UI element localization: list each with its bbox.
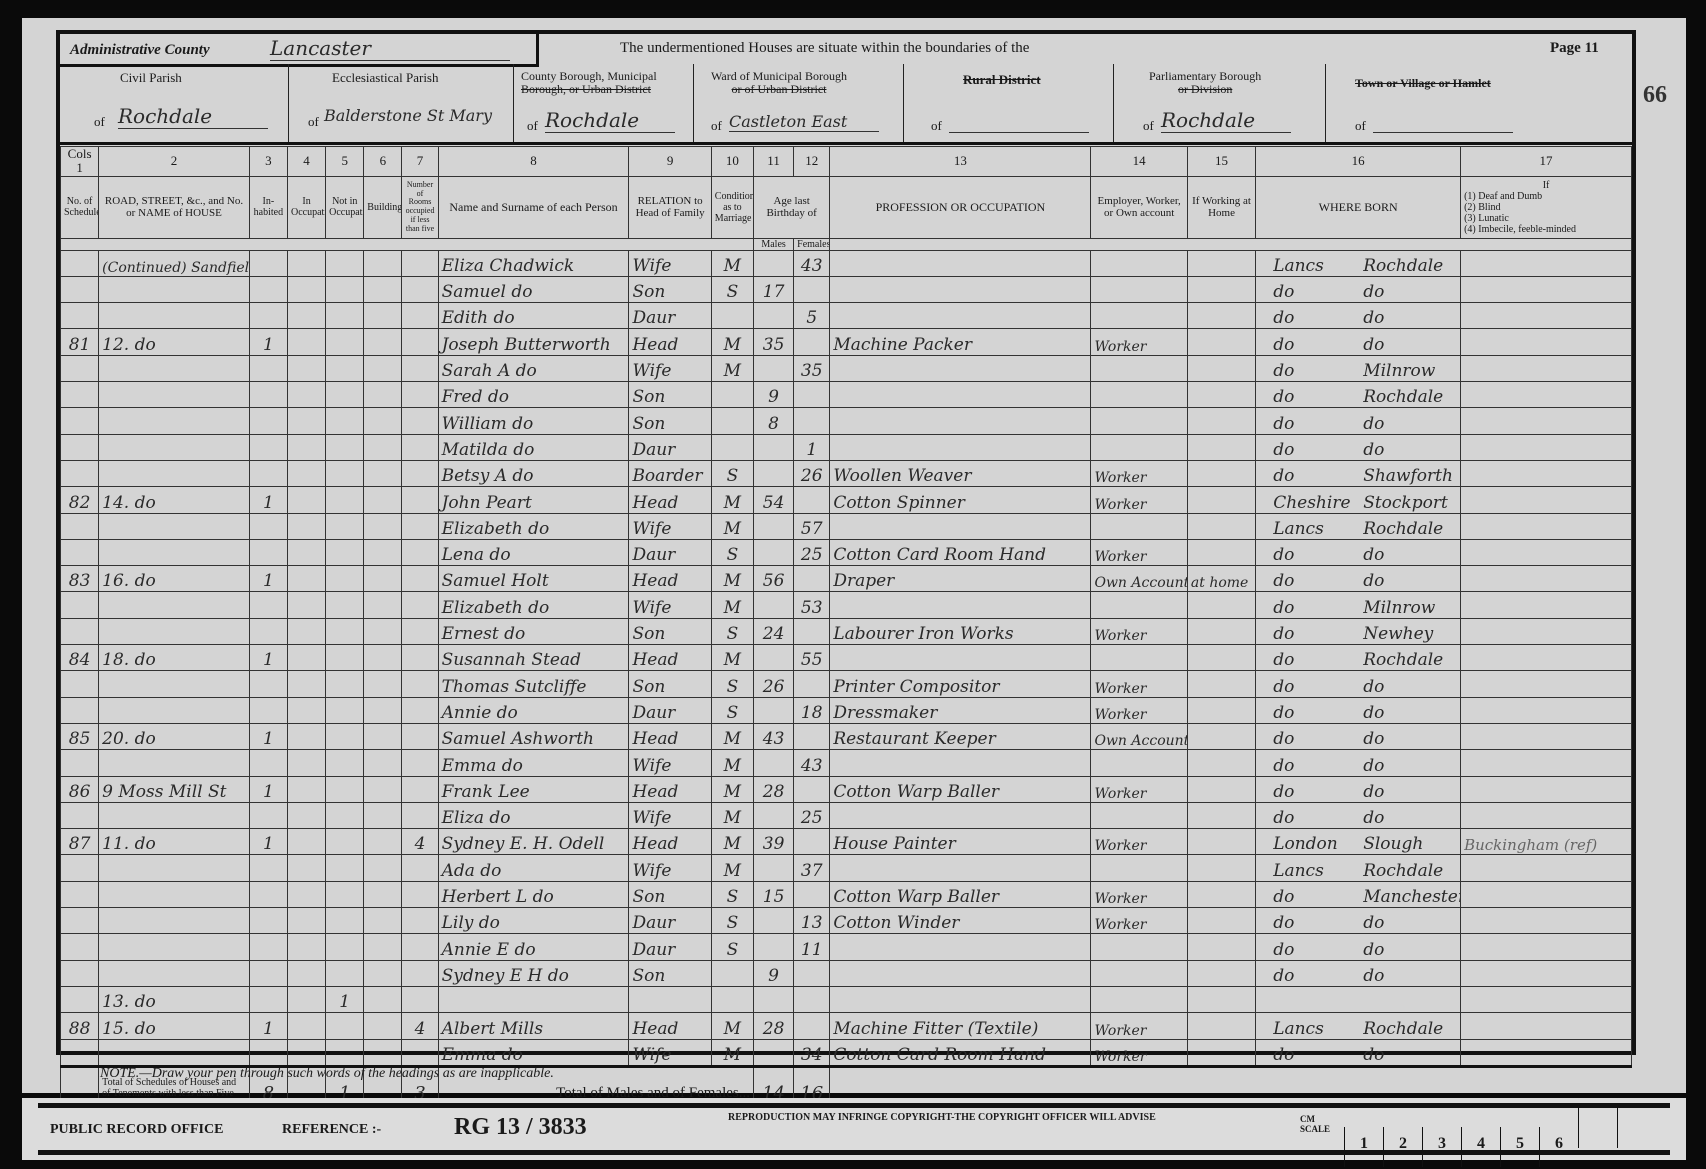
birthplace: doNewhey	[1256, 618, 1461, 644]
inhabited-count	[249, 382, 287, 408]
birthplace: dodo	[1256, 960, 1461, 986]
born-place: do	[1363, 677, 1384, 697]
of-label: of	[1143, 118, 1154, 134]
table-row: Eliza doWifeM25dodo	[61, 802, 1632, 828]
born-county: do	[1259, 545, 1363, 565]
age-female	[794, 618, 830, 644]
birthplace: dodo	[1256, 723, 1461, 749]
where-born-header: WHERE BORN	[1256, 176, 1461, 238]
table-row: Herbert L doSonS15Cotton Warp BallerWork…	[61, 881, 1632, 907]
of-label: of	[308, 114, 319, 130]
occupation: Machine Fitter (Textile)	[830, 1013, 1091, 1039]
working-at-home	[1187, 434, 1255, 460]
employer-status	[1091, 986, 1187, 1012]
relation: Son	[629, 671, 711, 697]
not-in-occupation-count	[326, 1013, 364, 1039]
col-number: 7	[402, 147, 438, 177]
rooms-count	[402, 934, 438, 960]
relation: Wife	[629, 855, 711, 881]
marital-condition: M	[711, 329, 753, 355]
born-place: Rochdale	[1363, 1019, 1443, 1039]
infirmity	[1461, 697, 1632, 723]
relation: Wife	[629, 513, 711, 539]
in-occupation	[287, 382, 325, 408]
cm-scale: 123456	[1344, 1108, 1618, 1150]
schedule-header: No. of Schedule	[61, 176, 99, 238]
infirmity-option: (1) Deaf and Dumb	[1464, 191, 1628, 202]
born-place: Stockport	[1363, 493, 1448, 513]
inhabited-count	[249, 513, 287, 539]
age-male: 54	[753, 487, 793, 513]
schedule-number	[61, 460, 99, 486]
age-female: 35	[794, 355, 830, 381]
occupation	[830, 250, 1091, 276]
born-place: Rochdale	[1363, 387, 1443, 407]
table-row: 8418. do1Susannah SteadHeadM55doRochdale	[61, 645, 1632, 671]
building	[364, 723, 402, 749]
infirmity	[1461, 1013, 1632, 1039]
col-number: 17	[1461, 147, 1632, 177]
employer-status	[1091, 645, 1187, 671]
table-row: Samuel doSonS17dodo	[61, 276, 1632, 302]
road-address: 16. do	[99, 566, 250, 592]
parliamentary-borough-label: Parliamentary Borough or Division	[1149, 70, 1261, 96]
in-occupation-header: In Occupation	[287, 176, 325, 238]
rooms-header: Number of Rooms occupied if less than fi…	[402, 176, 438, 238]
rooms-count	[402, 881, 438, 907]
birthplace: doRochdale	[1256, 382, 1461, 408]
age-male	[753, 645, 793, 671]
schedule-number	[61, 303, 99, 329]
born-place: do	[1363, 414, 1384, 434]
occupation-header: PROFESSION OR OCCUPATION	[830, 176, 1091, 238]
inhabited-count	[249, 303, 287, 329]
scale-mark: 6	[1539, 1127, 1578, 1167]
working-at-home	[1187, 645, 1255, 671]
table-row: Lena doDaurS25Cotton Card Room HandWorke…	[61, 539, 1632, 565]
schedule-number	[61, 750, 99, 776]
working-at-home: at home	[1187, 566, 1255, 592]
marital-condition: S	[711, 697, 753, 723]
working-at-home	[1187, 855, 1255, 881]
working-at-home	[1187, 802, 1255, 828]
table-row: Ada doWifeM37LancsRochdale	[61, 855, 1632, 881]
occupation: Cotton Winder	[830, 908, 1091, 934]
birthplace: LancsRochdale	[1256, 250, 1461, 276]
schedule-number	[61, 250, 99, 276]
building	[364, 382, 402, 408]
road-header: ROAD, STREET, &c., and No. or NAME of HO…	[99, 176, 250, 238]
parliamentary-borough-label-line2: or Division	[1149, 83, 1261, 96]
marital-condition: M	[711, 592, 753, 618]
schedule-number	[61, 986, 99, 1012]
age-male: 28	[753, 776, 793, 802]
building	[364, 802, 402, 828]
age-male	[753, 434, 793, 460]
not-in-occupation-count	[326, 960, 364, 986]
not-in-occupation-count	[326, 513, 364, 539]
road-address	[99, 382, 250, 408]
census-table: Cols 1 2 3 4 5 6 7 8 9 10 11 12 13 14 15…	[60, 146, 1632, 1121]
born-place: do	[1363, 966, 1384, 986]
table-row: Annie E doDaurS11dodo	[61, 934, 1632, 960]
age-female	[794, 487, 830, 513]
born-county: do	[1259, 677, 1363, 697]
schedule-number	[61, 881, 99, 907]
employer-status	[1091, 960, 1187, 986]
table-row: Emma doWifeM43dodo	[61, 750, 1632, 776]
building	[364, 487, 402, 513]
age-female	[794, 723, 830, 749]
rooms-count	[402, 697, 438, 723]
marital-condition: S	[711, 618, 753, 644]
person-name: Annie do	[438, 697, 629, 723]
not-in-occupation-count	[326, 539, 364, 565]
relation: Wife	[629, 250, 711, 276]
age-female	[794, 829, 830, 855]
age-male: 24	[753, 618, 793, 644]
ward-label: Ward of Municipal Borough or of Urban Di…	[711, 70, 847, 96]
col-number: 13	[830, 147, 1091, 177]
born-county: do	[1259, 782, 1363, 802]
age-male	[753, 750, 793, 776]
employer-status: Worker	[1091, 908, 1187, 934]
rooms-count	[402, 487, 438, 513]
birthplace: LancsRochdale	[1256, 855, 1461, 881]
age-male: 17	[753, 276, 793, 302]
inhabited-count: 1	[249, 329, 287, 355]
building	[364, 855, 402, 881]
occupation	[830, 960, 1091, 986]
birthplace: doShawforth	[1256, 460, 1461, 486]
occupation	[830, 592, 1091, 618]
occupation: Dressmaker	[830, 697, 1091, 723]
at-home-header: If Working at Home	[1187, 176, 1255, 238]
inhabited-count	[249, 908, 287, 934]
road-address	[99, 802, 250, 828]
building	[364, 513, 402, 539]
inhabited-count	[249, 802, 287, 828]
born-county: do	[1259, 466, 1363, 486]
person-name: Emma do	[438, 1039, 629, 1066]
relation: Daur	[629, 934, 711, 960]
employer-status: Worker	[1091, 539, 1187, 565]
working-at-home	[1187, 408, 1255, 434]
in-occupation	[287, 250, 325, 276]
employer-status	[1091, 355, 1187, 381]
birthplace: dodo	[1256, 1039, 1461, 1066]
occupation: Cotton Card Room Hand	[830, 1039, 1091, 1066]
inhabited-count: 1	[249, 829, 287, 855]
not-in-occupation-count	[326, 460, 364, 486]
age-male: 39	[753, 829, 793, 855]
schedule-number: 82	[61, 487, 99, 513]
marital-condition: S	[711, 460, 753, 486]
relation: Son	[629, 618, 711, 644]
reference-number: RG 13 / 3833	[454, 1114, 587, 1141]
road-address	[99, 513, 250, 539]
col-number: 11	[753, 147, 793, 177]
age-female	[794, 408, 830, 434]
born-county: do	[1259, 282, 1363, 302]
not-in-occupation-count	[326, 487, 364, 513]
schedule-number	[61, 618, 99, 644]
building	[364, 566, 402, 592]
rooms-count	[402, 566, 438, 592]
infirmity	[1461, 382, 1632, 408]
relation: Wife	[629, 750, 711, 776]
marital-condition: M	[711, 513, 753, 539]
inhabited-count	[249, 671, 287, 697]
not-in-occupation-count	[326, 934, 364, 960]
rooms-count	[402, 1039, 438, 1066]
boundary-statement: The undermentioned Houses are situate wi…	[620, 40, 1029, 57]
schedule-number	[61, 908, 99, 934]
infirmity	[1461, 250, 1632, 276]
employer-status: Worker	[1091, 618, 1187, 644]
born-place: Newhey	[1363, 624, 1433, 644]
in-occupation	[287, 408, 325, 434]
in-occupation	[287, 1039, 325, 1066]
not-in-occupation-count	[326, 434, 364, 460]
marital-condition: S	[711, 539, 753, 565]
rooms-count	[402, 592, 438, 618]
of-label: of	[711, 118, 722, 134]
inhabited-count	[249, 355, 287, 381]
not-in-occupation-count: 1	[326, 986, 364, 1012]
rooms-count: 4	[402, 829, 438, 855]
person-name: Annie E do	[438, 934, 629, 960]
not-in-occupation-count	[326, 645, 364, 671]
inhabited-count	[249, 434, 287, 460]
public-record-office: PUBLIC RECORD OFFICE	[50, 1122, 223, 1138]
born-place: do	[1363, 545, 1384, 565]
town-village-value-line	[1373, 132, 1513, 133]
col-number: 12	[794, 147, 830, 177]
person-name: Sarah A do	[438, 355, 629, 381]
form-note: NOTE.—Draw your pen through such words o…	[100, 1066, 554, 1082]
relation: Wife	[629, 355, 711, 381]
age-male	[753, 460, 793, 486]
person-name: Albert Mills	[438, 1013, 629, 1039]
relation: Daur	[629, 539, 711, 565]
infirmity	[1461, 434, 1632, 460]
county-borough-label: County Borough, Municipal Borough, or Ur…	[521, 70, 657, 96]
occupation: Cotton Warp Baller	[830, 776, 1091, 802]
rooms-count	[402, 408, 438, 434]
building	[364, 276, 402, 302]
rural-district-box: Rural District of	[903, 64, 1114, 142]
not-in-occupation-count	[326, 408, 364, 434]
relation: Head	[629, 1013, 711, 1039]
age-male	[753, 934, 793, 960]
infirmity	[1461, 566, 1632, 592]
in-occupation	[287, 487, 325, 513]
in-occupation	[287, 986, 325, 1012]
schedule-number	[61, 539, 99, 565]
header-boxes: Civil Parish of Rochdale Ecclesiastical …	[60, 64, 1632, 145]
spacer	[61, 238, 754, 250]
building	[364, 329, 402, 355]
person-name: Matilda do	[438, 434, 629, 460]
age-female	[794, 329, 830, 355]
person-name: Sydney E. H. Odell	[438, 829, 629, 855]
age-header: Age last Birthday of	[753, 176, 829, 238]
building	[364, 303, 402, 329]
inhabited-count	[249, 1039, 287, 1066]
relation: Son	[629, 276, 711, 302]
road-address: 9 Moss Mill St	[99, 776, 250, 802]
building	[364, 408, 402, 434]
infirmity	[1461, 618, 1632, 644]
table-row: 8112. do1Joseph ButterworthHeadM35Machin…	[61, 329, 1632, 355]
age-female: 43	[794, 750, 830, 776]
marital-condition: M	[711, 829, 753, 855]
occupation	[830, 855, 1091, 881]
table-row: Betsy A doBoarderS26Woollen WeaverWorker…	[61, 460, 1632, 486]
rooms-count	[402, 382, 438, 408]
road-address	[99, 592, 250, 618]
working-at-home	[1187, 329, 1255, 355]
born-place: Milnrow	[1363, 598, 1435, 618]
relation: Head	[629, 776, 711, 802]
road-address: 12. do	[99, 329, 250, 355]
working-at-home	[1187, 460, 1255, 486]
age-male	[753, 592, 793, 618]
age-male	[753, 908, 793, 934]
inhabited-count	[249, 539, 287, 565]
road-address	[99, 276, 250, 302]
building	[364, 750, 402, 776]
employer-status	[1091, 750, 1187, 776]
employer-status: Worker	[1091, 776, 1187, 802]
marital-condition: S	[711, 934, 753, 960]
person-name: William do	[438, 408, 629, 434]
birthplace: dodo	[1256, 408, 1461, 434]
infirmity	[1461, 881, 1632, 907]
in-occupation	[287, 855, 325, 881]
road-address	[99, 434, 250, 460]
working-at-home	[1187, 618, 1255, 644]
scale-mark: 4	[1461, 1127, 1500, 1167]
not-in-occupation-count	[326, 566, 364, 592]
relation: Daur	[629, 303, 711, 329]
employer-status: Worker	[1091, 329, 1187, 355]
occupation	[830, 513, 1091, 539]
age-female	[794, 382, 830, 408]
building	[364, 355, 402, 381]
born-county: do	[1259, 729, 1363, 749]
county-borough-label-line2: Borough, or Urban District	[521, 83, 657, 96]
of-label: of	[94, 114, 105, 130]
infirmity	[1461, 934, 1632, 960]
schedule-number	[61, 408, 99, 434]
person-name: Elizabeth do	[438, 592, 629, 618]
col-number: 15	[1187, 147, 1255, 177]
not-in-occupation-count	[326, 618, 364, 644]
working-at-home	[1187, 881, 1255, 907]
building	[364, 671, 402, 697]
age-male: 9	[753, 382, 793, 408]
schedule-number	[61, 1039, 99, 1066]
rooms-count	[402, 539, 438, 565]
not-in-occupation-count	[326, 802, 364, 828]
occupation: Restaurant Keeper	[830, 723, 1091, 749]
rooms-count	[402, 802, 438, 828]
person-name: John Peart	[438, 487, 629, 513]
employer-status	[1091, 250, 1187, 276]
road-address	[99, 934, 250, 960]
occupation	[830, 355, 1091, 381]
not-in-occupation-count	[326, 671, 364, 697]
schedule-number: 81	[61, 329, 99, 355]
age-female: 11	[794, 934, 830, 960]
born-county: Cheshire	[1259, 493, 1363, 513]
age-female	[794, 1013, 830, 1039]
in-occupation	[287, 1013, 325, 1039]
col-number: 3	[249, 147, 287, 177]
cm-scale-label: CM SCALE	[1300, 1114, 1334, 1134]
relation: Wife	[629, 592, 711, 618]
occupation: Draper	[830, 566, 1091, 592]
inhabited-count	[249, 250, 287, 276]
not-in-occupation-count	[326, 776, 364, 802]
not-in-occupation-count	[326, 829, 364, 855]
building	[364, 776, 402, 802]
marital-condition: M	[711, 1039, 753, 1066]
born-county: do	[1259, 361, 1363, 381]
infirmity	[1461, 408, 1632, 434]
road-address	[99, 908, 250, 934]
age-male: 28	[753, 1013, 793, 1039]
name-header: Name and Surname of each Person	[438, 176, 629, 238]
infirmity	[1461, 908, 1632, 934]
infirmity	[1461, 1039, 1632, 1066]
schedule-number	[61, 934, 99, 960]
parliamentary-borough-value: Rochdale	[1161, 108, 1291, 133]
employer-header: Employer, Worker, or Own account	[1091, 176, 1187, 238]
born-county: do	[1259, 940, 1363, 960]
column-numbers-row: Cols 1 2 3 4 5 6 7 8 9 10 11 12 13 14 15…	[61, 147, 1632, 177]
in-occupation	[287, 723, 325, 749]
rooms-count	[402, 855, 438, 881]
employer-status	[1091, 934, 1187, 960]
relation: Head	[629, 645, 711, 671]
males-header: Males	[753, 238, 793, 250]
in-occupation	[287, 908, 325, 934]
schedule-number	[61, 592, 99, 618]
table-row: Annie doDaurS18DressmakerWorkerdodo	[61, 697, 1632, 723]
road-address	[99, 881, 250, 907]
marital-condition: S	[711, 908, 753, 934]
not-in-occupation-count	[326, 908, 364, 934]
marital-condition: M	[711, 750, 753, 776]
relation: Head	[629, 487, 711, 513]
not-in-occupation-count	[326, 250, 364, 276]
in-occupation	[287, 276, 325, 302]
not-in-occupation-count	[326, 723, 364, 749]
rooms-count	[402, 645, 438, 671]
working-at-home	[1187, 697, 1255, 723]
working-at-home	[1187, 513, 1255, 539]
col-number: 5	[326, 147, 364, 177]
birthplace: dodo	[1256, 750, 1461, 776]
building	[364, 250, 402, 276]
age-male: 35	[753, 329, 793, 355]
marital-condition: M	[711, 250, 753, 276]
marital-condition: S	[711, 881, 753, 907]
building	[364, 934, 402, 960]
